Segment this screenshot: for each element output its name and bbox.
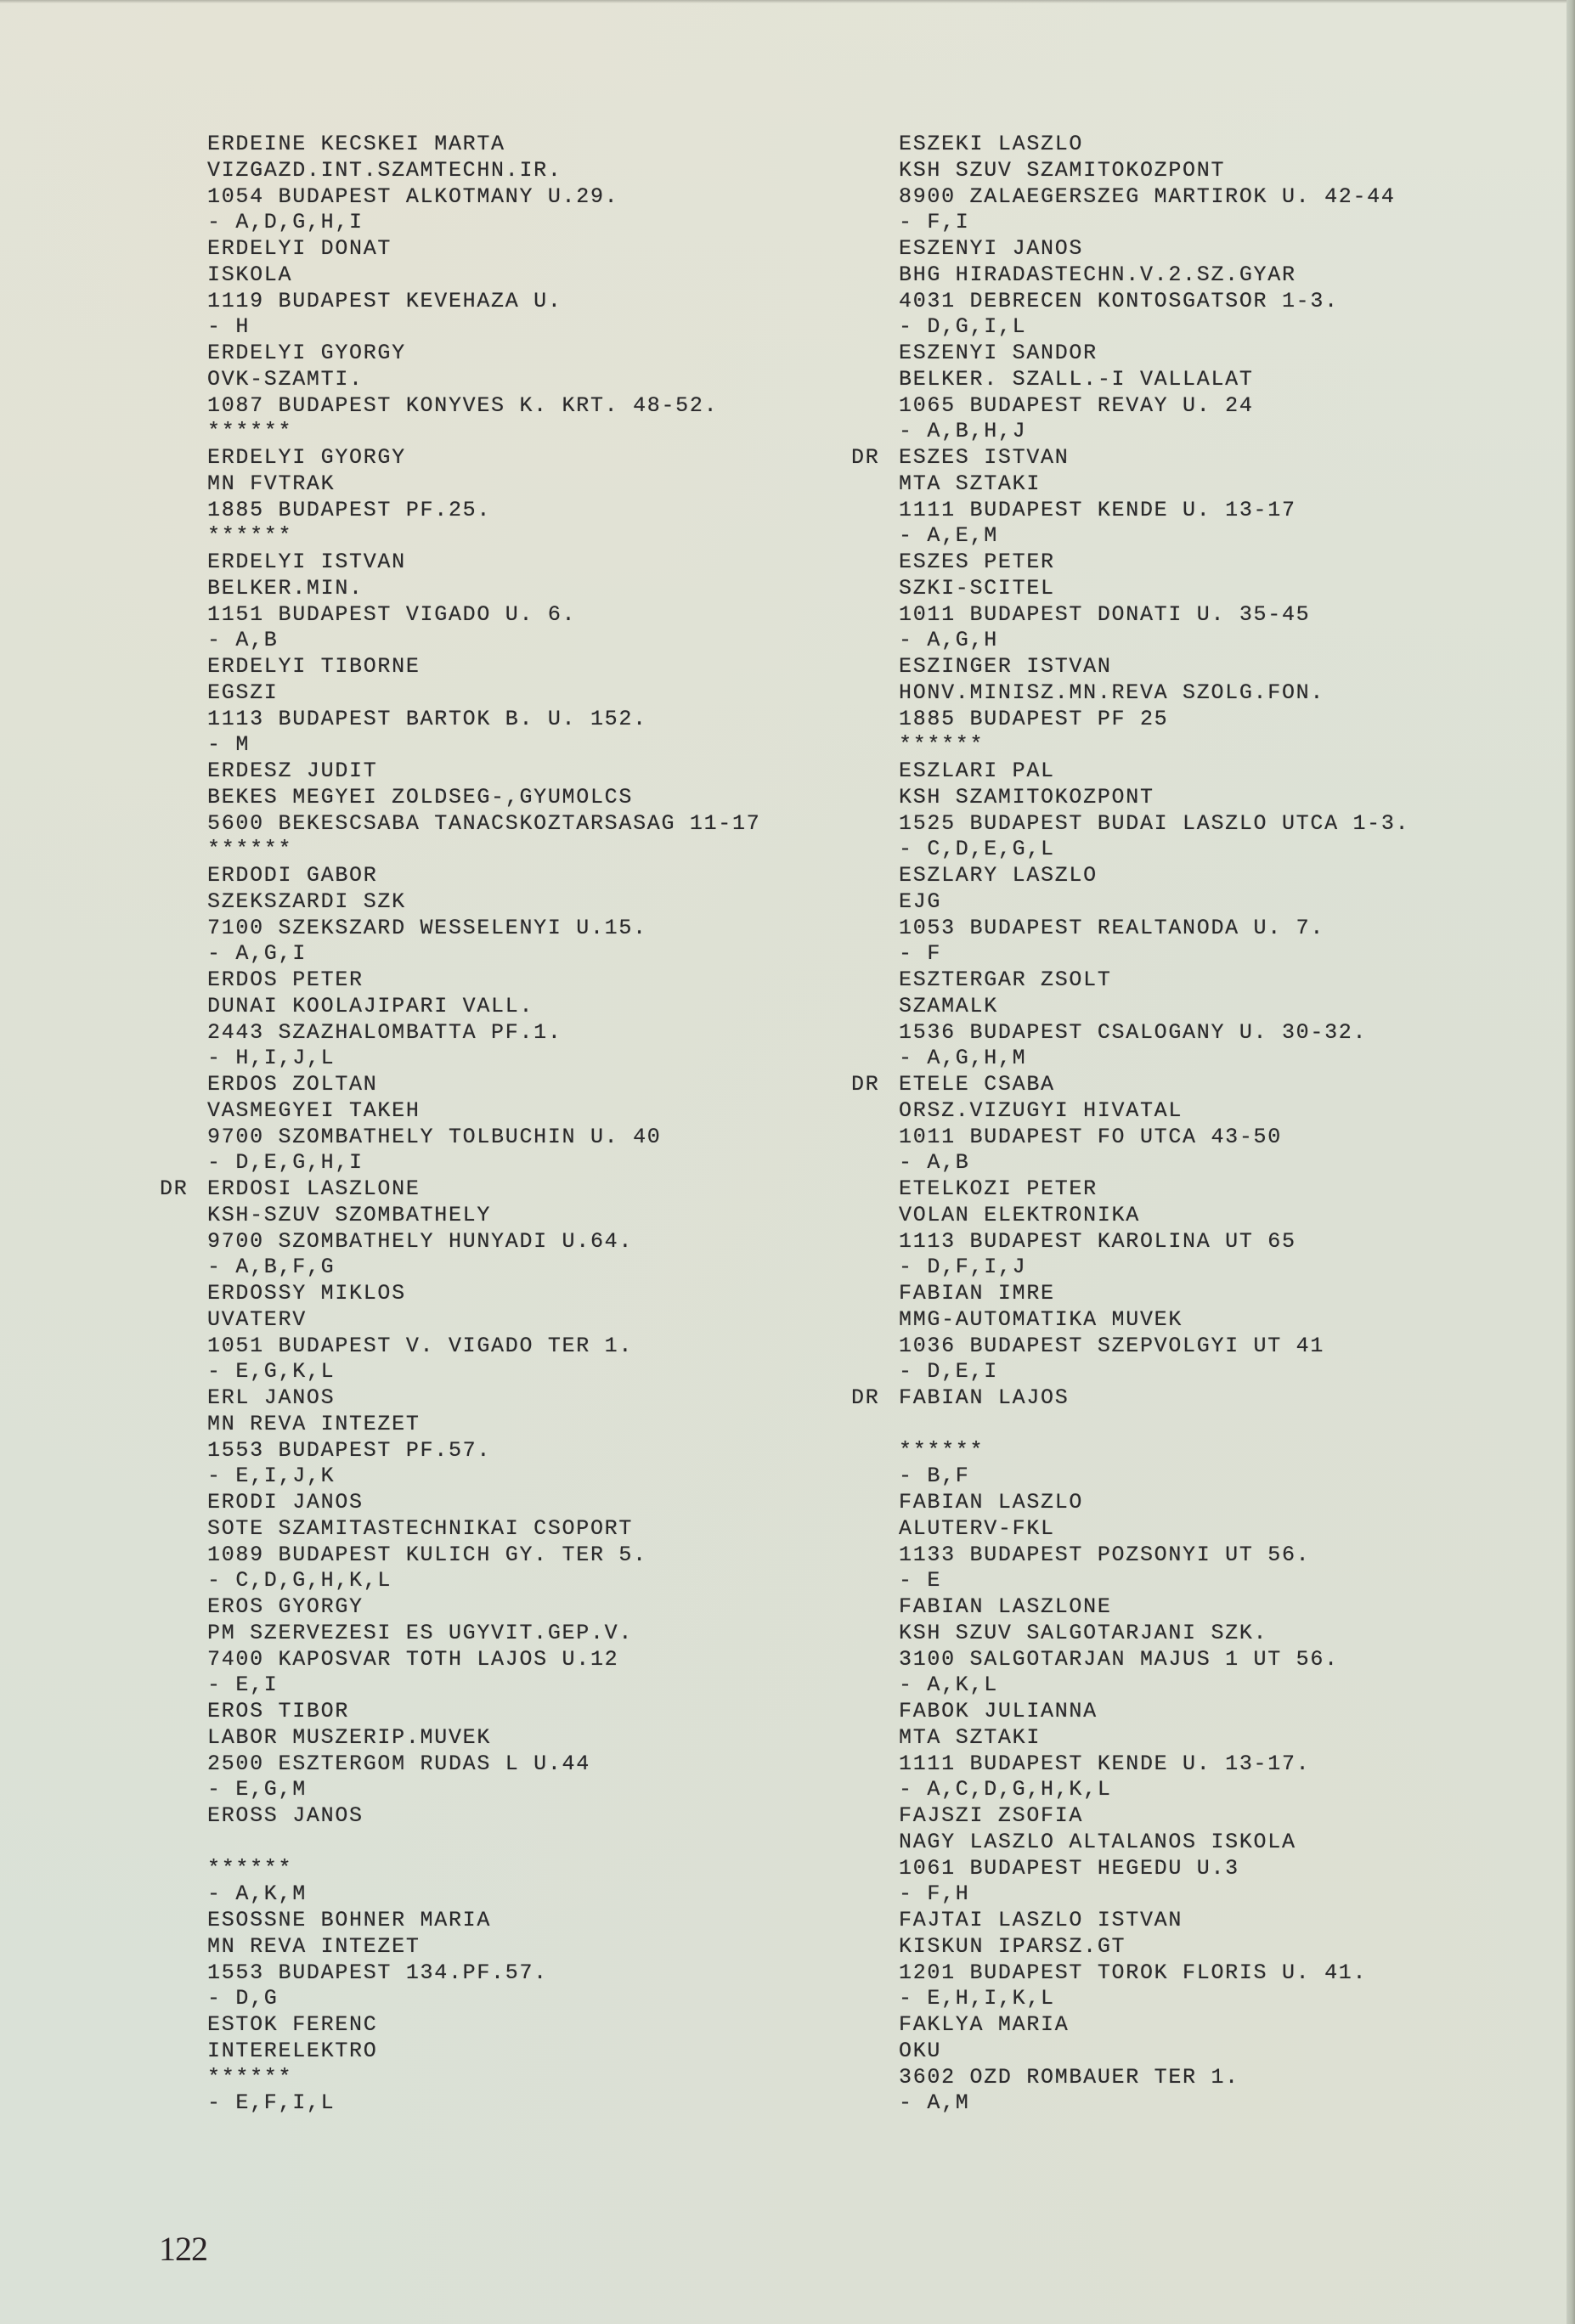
line-text: - A,D,G,H,I xyxy=(207,210,364,236)
blank-line xyxy=(160,1830,760,1856)
directory-line: 9700 SZOMBATHELY HUNYADI U.64. xyxy=(160,1229,760,1255)
directory-line: ERDOSSY MIKLOS xyxy=(160,1281,760,1307)
line-text: ERDOS ZOLTAN xyxy=(207,1072,377,1098)
line-text: 7100 SZEKSZARD WESSELENYI U.15. xyxy=(207,916,647,942)
line-text: FABOK JULIANNA xyxy=(899,1699,1098,1725)
directory-line: 1553 BUDAPEST PF.57. xyxy=(160,1438,760,1464)
line-text: 1054 BUDAPEST ALKOTMANY U.29. xyxy=(207,184,618,211)
title-prefix: DR xyxy=(160,1176,207,1203)
directory-line: 2443 SZAZHALOMBATTA PF.1. xyxy=(160,1020,760,1046)
category-codes-line: - D,G xyxy=(160,1986,760,2012)
directory-line: VOLAN ELEKTRONIKA xyxy=(851,1203,1409,1229)
line-text: - C,D,E,G,L xyxy=(899,837,1055,863)
line-text: 1119 BUDAPEST KEVEHAZA U. xyxy=(207,289,562,315)
line-text: - A,B xyxy=(207,628,279,654)
title-prefix: DR xyxy=(851,1385,899,1412)
category-codes-line: - F,I xyxy=(851,210,1409,236)
line-text: KSH SZAMITOKOZPONT xyxy=(899,785,1154,811)
directory-line: OVK-SZAMTI. xyxy=(160,367,760,393)
line-text: VASMEGYEI TAKEH xyxy=(207,1098,421,1125)
directory-line: EGSZI xyxy=(160,680,760,707)
scan-top-shadow xyxy=(0,0,1575,3)
line-text: - E,G,M xyxy=(207,1777,307,1803)
directory-line: FAKLYA MARIA xyxy=(851,2012,1409,2039)
line-text: UVATERV xyxy=(207,1307,307,1334)
line-text: ESZEKI LASZLO xyxy=(899,132,1083,158)
line-text: ****** xyxy=(899,732,984,759)
directory-line: ERDODI GABOR xyxy=(160,863,760,889)
directory-line: 1111 BUDAPEST KENDE U. 13-17. xyxy=(851,1751,1409,1778)
directory-line: EROS TIBOR xyxy=(160,1699,760,1725)
line-text: - D,G,I,L xyxy=(899,314,1026,341)
line-text: MN FVTRAK xyxy=(207,471,335,498)
line-text: ****** xyxy=(207,1856,292,1882)
line-text: 1036 BUDAPEST SZEPVOLGYI UT 41 xyxy=(899,1334,1324,1360)
line-text: 1011 BUDAPEST DONATI U. 35-45 xyxy=(899,602,1310,629)
line-text: ESOSSNE BOHNER MARIA xyxy=(207,1908,491,1934)
category-codes-line: - E xyxy=(851,1568,1409,1594)
directory-line: 1151 BUDAPEST VIGADO U. 6. xyxy=(160,602,760,629)
directory-line: 1061 BUDAPEST HEGEDU U.3 xyxy=(851,1856,1409,1882)
line-text: ESTOK FERENC xyxy=(207,2012,377,2039)
directory-line: 1089 BUDAPEST KULICH GY. TER 5. xyxy=(160,1543,760,1569)
line-text: 1133 BUDAPEST POZSONYI UT 56. xyxy=(899,1543,1310,1569)
line-text: 1151 BUDAPEST VIGADO U. 6. xyxy=(207,602,576,629)
directory-line: ERDEINE KECSKEI MARTA xyxy=(160,132,760,158)
directory-line: VIZGAZD.INT.SZAMTECHN.IR. xyxy=(160,158,760,184)
directory-line: KSH SZAMITOKOZPONT xyxy=(851,785,1409,811)
line-text: 9700 SZOMBATHELY HUNYADI U.64. xyxy=(207,1229,633,1255)
separator-line: ****** xyxy=(160,419,760,445)
directory-line: 1054 BUDAPEST ALKOTMANY U.29. xyxy=(160,184,760,211)
directory-line: SZKI-SCITEL xyxy=(851,576,1409,602)
directory-line: 1087 BUDAPEST KONYVES K. KRT. 48-52. xyxy=(160,393,760,420)
directory-line: 2500 ESZTERGOM RUDAS L U.44 xyxy=(160,1751,760,1778)
line-text: SZEKSZARDI SZK xyxy=(207,889,406,916)
line-text: 8900 ZALAEGERSZEG MARTIROK U. 42-44 xyxy=(899,184,1396,211)
category-codes-line: - E,I,J,K xyxy=(160,1464,760,1490)
directory-line: 3602 OZD ROMBAUER TER 1. xyxy=(851,2065,1409,2091)
line-text: ****** xyxy=(207,2065,292,2091)
line-text: ERDODI GABOR xyxy=(207,863,377,889)
line-text: EJG xyxy=(899,889,941,916)
line-text: KSH SZUV SZAMITOKOZPONT xyxy=(899,158,1225,184)
line-text: 1087 BUDAPEST KONYVES K. KRT. 48-52. xyxy=(207,393,718,420)
category-codes-line: - A,C,D,G,H,K,L xyxy=(851,1777,1409,1803)
line-text: 2500 ESZTERGOM RUDAS L U.44 xyxy=(207,1751,590,1778)
line-text: ERDELYI GYORGY xyxy=(207,341,406,367)
line-text: ESZENYI JANOS xyxy=(899,236,1083,262)
line-text: FABIAN LAJOS xyxy=(899,1385,1069,1412)
directory-line: ESZENYI SANDOR xyxy=(851,341,1409,367)
directory-line: MMG-AUTOMATIKA MUVEK xyxy=(851,1307,1409,1334)
directory-line: DRFABIAN LAJOS xyxy=(851,1385,1409,1412)
directory-line: KISKUN IPARSZ.GT xyxy=(851,1934,1409,1960)
line-text: - A,G,I xyxy=(207,941,307,967)
directory-line: FABOK JULIANNA xyxy=(851,1699,1409,1725)
line-text: ERDOSSY MIKLOS xyxy=(207,1281,406,1307)
title-prefix: DR xyxy=(851,1072,899,1098)
directory-line: DRERDOSI LASZLONE xyxy=(160,1176,760,1203)
line-text: 1885 BUDAPEST PF 25 xyxy=(899,707,1168,733)
line-text: ALUTERV-FKL xyxy=(899,1516,1055,1543)
directory-line: FABIAN IMRE xyxy=(851,1281,1409,1307)
line-text: 1201 BUDAPEST TOROK FLORIS U. 41. xyxy=(899,1960,1367,1987)
directory-line: 1036 BUDAPEST SZEPVOLGYI UT 41 xyxy=(851,1334,1409,1360)
line-text: 2443 SZAZHALOMBATTA PF.1. xyxy=(207,1020,562,1046)
directory-line: BEKES MEGYEI ZOLDSEG-,GYUMOLCS xyxy=(160,785,760,811)
line-text: - D,G xyxy=(207,1986,279,2012)
directory-line: 1885 BUDAPEST PF.25. xyxy=(160,498,760,524)
line-text: - C,D,G,H,K,L xyxy=(207,1568,392,1594)
directory-line: 3100 SALGOTARJAN MAJUS 1 UT 56. xyxy=(851,1647,1409,1673)
category-codes-line: - E,H,I,K,L xyxy=(851,1986,1409,2012)
directory-line: SZAMALK xyxy=(851,994,1409,1020)
line-text: ERDOSI LASZLONE xyxy=(207,1176,421,1203)
directory-line: ESTOK FERENC xyxy=(160,2012,760,2039)
line-text: - F,H xyxy=(899,1881,970,1908)
line-text: - E,G,K,L xyxy=(207,1359,335,1385)
line-text: - A,K,L xyxy=(899,1672,998,1699)
category-codes-line: - D,E,G,H,I xyxy=(160,1150,760,1176)
directory-line: 1553 BUDAPEST 134.PF.57. xyxy=(160,1960,760,1987)
category-codes-line: - A,B xyxy=(160,628,760,654)
directory-line: FABIAN LASZLO xyxy=(851,1490,1409,1516)
category-codes-line: - A,G,H xyxy=(851,628,1409,654)
separator-line: ****** xyxy=(160,1856,760,1882)
directory-line: ALUTERV-FKL xyxy=(851,1516,1409,1543)
separator-line: ****** xyxy=(160,2065,760,2091)
page-number: 122 xyxy=(159,2229,207,2269)
line-text: ETELE CSABA xyxy=(899,1072,1055,1098)
line-text: - E,H,I,K,L xyxy=(899,1986,1055,2012)
directory-line: UVATERV xyxy=(160,1307,760,1334)
category-codes-line: - C,D,G,H,K,L xyxy=(160,1568,760,1594)
line-text: FAJSZI ZSOFIA xyxy=(899,1803,1083,1830)
line-text: ESZINGER ISTVAN xyxy=(899,654,1112,680)
line-text: 3100 SALGOTARJAN MAJUS 1 UT 56. xyxy=(899,1647,1339,1673)
directory-line: 1051 BUDAPEST V. VIGADO TER 1. xyxy=(160,1334,760,1360)
category-codes-line: - D,G,I,L xyxy=(851,314,1409,341)
line-text: MTA SZTAKI xyxy=(899,471,1041,498)
directory-line: OKU xyxy=(851,2039,1409,2065)
directory-line: 7400 KAPOSVAR TOTH LAJOS U.12 xyxy=(160,1647,760,1673)
category-codes-line: - A,G,H,M xyxy=(851,1046,1409,1072)
directory-line: 1133 BUDAPEST POZSONYI UT 56. xyxy=(851,1543,1409,1569)
line-text: 1089 BUDAPEST KULICH GY. TER 5. xyxy=(207,1543,647,1569)
line-text: - A,B xyxy=(899,1150,970,1176)
category-codes-line: - A,B,F,G xyxy=(160,1255,760,1281)
line-text: - B,F xyxy=(899,1464,970,1490)
directory-line: DUNAI KOOLAJIPARI VALL. xyxy=(160,994,760,1020)
separator-line: ****** xyxy=(851,1438,1409,1464)
line-text: EROSS JANOS xyxy=(207,1803,364,1830)
category-codes-line: - C,D,E,G,L xyxy=(851,837,1409,863)
line-text: FAJTAI LASZLO ISTVAN xyxy=(899,1908,1183,1934)
directory-line: ERDOS PETER xyxy=(160,967,760,994)
category-codes-line: - A,M xyxy=(851,2090,1409,2117)
line-text: INTERELEKTRO xyxy=(207,2039,377,2065)
directory-line: ESZENYI JANOS xyxy=(851,236,1409,262)
blank-line xyxy=(851,1412,1409,1438)
category-codes-line: - A,E,M xyxy=(851,523,1409,550)
line-text: KSH SZUV SALGOTARJANI SZK. xyxy=(899,1621,1267,1647)
line-text: 1113 BUDAPEST KAROLINA UT 65 xyxy=(899,1229,1296,1255)
line-text: BHG HIRADASTECHN.V.2.SZ.GYAR xyxy=(899,262,1296,289)
directory-line: 7100 SZEKSZARD WESSELENYI U.15. xyxy=(160,916,760,942)
directory-line: EROS GYORGY xyxy=(160,1594,760,1621)
line-text: SZAMALK xyxy=(899,994,998,1020)
line-text: ERL JANOS xyxy=(207,1385,335,1412)
line-text: 1011 BUDAPEST FO UTCA 43-50 xyxy=(899,1125,1282,1151)
line-text: 7400 KAPOSVAR TOTH LAJOS U.12 xyxy=(207,1647,618,1673)
category-codes-line: - E,I xyxy=(160,1672,760,1699)
line-text: - A,G,H xyxy=(899,628,998,654)
line-text: ESZLARY LASZLO xyxy=(899,863,1098,889)
category-codes-line: - A,K,M xyxy=(160,1881,760,1908)
directory-line: 1011 BUDAPEST DONATI U. 35-45 xyxy=(851,602,1409,629)
separator-line: ****** xyxy=(851,732,1409,759)
line-text: MN REVA INTEZET xyxy=(207,1412,421,1438)
category-codes-line: - E,F,I,L xyxy=(160,2090,760,2117)
directory-line: VASMEGYEI TAKEH xyxy=(160,1098,760,1125)
directory-line: ERDESZ JUDIT xyxy=(160,759,760,785)
directory-line: MTA SZTAKI xyxy=(851,471,1409,498)
line-text: MMG-AUTOMATIKA MUVEK xyxy=(899,1307,1183,1334)
directory-line: 5600 BEKESCSABA TANACSKOZTARSASAG 11-17 xyxy=(160,811,760,838)
line-text: SOTE SZAMITASTECHNIKAI CSOPORT xyxy=(207,1516,633,1543)
line-text: - A,E,M xyxy=(899,523,998,550)
line-text: ERDELYI ISTVAN xyxy=(207,550,406,576)
line-text: ****** xyxy=(207,837,292,863)
line-text: ISKOLA xyxy=(207,262,292,289)
line-text: - D,E,G,H,I xyxy=(207,1150,364,1176)
line-text: MTA SZTAKI xyxy=(899,1725,1041,1751)
line-text: FABIAN LASZLONE xyxy=(899,1594,1112,1621)
line-text: ERDEINE KECSKEI MARTA xyxy=(207,132,505,158)
line-text: ERDELYI TIBORNE xyxy=(207,654,421,680)
directory-column-right: ESZEKI LASZLOKSH SZUV SZAMITOKOZPONT8900… xyxy=(851,132,1409,2117)
line-text: - E xyxy=(899,1568,941,1594)
directory-line: MN REVA INTEZET xyxy=(160,1934,760,1960)
directory-column-left: ERDEINE KECSKEI MARTAVIZGAZD.INT.SZAMTEC… xyxy=(160,132,760,2117)
line-text: 1553 BUDAPEST PF.57. xyxy=(207,1438,491,1464)
line-text: - A,G,H,M xyxy=(899,1046,1026,1072)
line-text: - A,B,H,J xyxy=(899,419,1026,445)
directory-line: KSH SZUV SALGOTARJANI SZK. xyxy=(851,1621,1409,1647)
line-text: - A,B,F,G xyxy=(207,1255,335,1281)
category-codes-line: - F xyxy=(851,941,1409,967)
directory-line: 1011 BUDAPEST FO UTCA 43-50 xyxy=(851,1125,1409,1151)
directory-line: ESZINGER ISTVAN xyxy=(851,654,1409,680)
line-text: - A,C,D,G,H,K,L xyxy=(899,1777,1112,1803)
directory-line: MN FVTRAK xyxy=(160,471,760,498)
line-text: HONV.MINISZ.MN.REVA SZOLG.FON. xyxy=(899,680,1324,707)
line-text: - E,I xyxy=(207,1672,279,1699)
separator-line: ****** xyxy=(160,523,760,550)
directory-line: FABIAN LASZLONE xyxy=(851,1594,1409,1621)
line-text: ORSZ.VIZUGYI HIVATAL xyxy=(899,1098,1183,1125)
line-text: 9700 SZOMBATHELY TOLBUCHIN U. 40 xyxy=(207,1125,661,1151)
line-text: 4031 DEBRECEN KONTOSGATSOR 1-3. xyxy=(899,289,1339,315)
directory-line: FAJSZI ZSOFIA xyxy=(851,1803,1409,1830)
category-codes-line: - B,F xyxy=(851,1464,1409,1490)
line-text: FABIAN IMRE xyxy=(899,1281,1055,1307)
line-text: ERDELYI DONAT xyxy=(207,236,392,262)
category-codes-line: - E,G,K,L xyxy=(160,1359,760,1385)
line-text: - F xyxy=(899,941,941,967)
directory-line: 1111 BUDAPEST KENDE U. 13-17 xyxy=(851,498,1409,524)
category-codes-line: - A,G,I xyxy=(160,941,760,967)
line-text: EROS TIBOR xyxy=(207,1699,349,1725)
directory-line: SOTE SZAMITASTECHNIKAI CSOPORT xyxy=(160,1516,760,1543)
directory-line: 1536 BUDAPEST CSALOGANY U. 30-32. xyxy=(851,1020,1409,1046)
directory-line: ESZLARY LASZLO xyxy=(851,863,1409,889)
line-text: - A,K,M xyxy=(207,1881,307,1908)
directory-line: 1113 BUDAPEST KAROLINA UT 65 xyxy=(851,1229,1409,1255)
line-text: ESZENYI SANDOR xyxy=(899,341,1098,367)
directory-line: ESOSSNE BOHNER MARIA xyxy=(160,1908,760,1934)
directory-line: 1525 BUDAPEST BUDAI LASZLO UTCA 1-3. xyxy=(851,811,1409,838)
line-text: - A,M xyxy=(899,2090,970,2117)
category-codes-line: - E,G,M xyxy=(160,1777,760,1803)
directory-line: LABOR MUSZERIP.MUVEK xyxy=(160,1725,760,1751)
directory-line: 1885 BUDAPEST PF 25 xyxy=(851,707,1409,733)
directory-line: KSH SZUV SZAMITOKOZPONT xyxy=(851,158,1409,184)
directory-line: FAJTAI LASZLO ISTVAN xyxy=(851,1908,1409,1934)
separator-line: ****** xyxy=(160,837,760,863)
line-text: VOLAN ELEKTRONIKA xyxy=(899,1203,1140,1229)
category-codes-line: - M xyxy=(160,732,760,759)
line-text: KSH-SZUV SZOMBATHELY xyxy=(207,1203,491,1229)
directory-line: 1065 BUDAPEST REVAY U. 24 xyxy=(851,393,1409,420)
directory-line: KSH-SZUV SZOMBATHELY xyxy=(160,1203,760,1229)
line-text: ERDESZ JUDIT xyxy=(207,759,377,785)
category-codes-line: - H xyxy=(160,314,760,341)
line-text: SZKI-SCITEL xyxy=(899,576,1055,602)
line-text: OVK-SZAMTI. xyxy=(207,367,364,393)
line-text: BELKER. SZALL.-I VALLALAT xyxy=(899,367,1254,393)
line-text: 1553 BUDAPEST 134.PF.57. xyxy=(207,1960,548,1987)
page-edge xyxy=(1567,0,1575,2324)
directory-line: 9700 SZOMBATHELY TOLBUCHIN U. 40 xyxy=(160,1125,760,1151)
directory-line: ORSZ.VIZUGYI HIVATAL xyxy=(851,1098,1409,1125)
line-text: VIZGAZD.INT.SZAMTECHN.IR. xyxy=(207,158,562,184)
directory-line: BELKER.MIN. xyxy=(160,576,760,602)
directory-line: ERDELYI ISTVAN xyxy=(160,550,760,576)
directory-line: 1113 BUDAPEST BARTOK B. U. 152. xyxy=(160,707,760,733)
line-text: 3602 OZD ROMBAUER TER 1. xyxy=(899,2065,1239,2091)
line-text: ****** xyxy=(207,523,292,550)
directory-line: 1201 BUDAPEST TOROK FLORIS U. 41. xyxy=(851,1960,1409,1987)
directory-line: ERODI JANOS xyxy=(160,1490,760,1516)
directory-line: EROSS JANOS xyxy=(160,1803,760,1830)
directory-line: 1119 BUDAPEST KEVEHAZA U. xyxy=(160,289,760,315)
line-text: DUNAI KOOLAJIPARI VALL. xyxy=(207,994,533,1020)
directory-line: ERDELYI DONAT xyxy=(160,236,760,262)
line-text: ESZES PETER xyxy=(899,550,1055,576)
directory-line: ERDELYI GYORGY xyxy=(160,341,760,367)
category-codes-line: - A,K,L xyxy=(851,1672,1409,1699)
directory-line: ESZLARI PAL xyxy=(851,759,1409,785)
directory-line: DRESZES ISTVAN xyxy=(851,445,1409,471)
line-text: BEKES MEGYEI ZOLDSEG-,GYUMOLCS xyxy=(207,785,633,811)
line-text: ****** xyxy=(207,419,292,445)
line-text: - E,I,J,K xyxy=(207,1464,335,1490)
category-codes-line: - F,H xyxy=(851,1881,1409,1908)
line-text: ESZES ISTVAN xyxy=(899,445,1069,471)
category-codes-line: - H,I,J,L xyxy=(160,1046,760,1072)
directory-line: ISKOLA xyxy=(160,262,760,289)
line-text: ERODI JANOS xyxy=(207,1490,364,1516)
line-text: 1113 BUDAPEST BARTOK B. U. 152. xyxy=(207,707,647,733)
category-codes-line: - D,F,I,J xyxy=(851,1255,1409,1281)
directory-line: BHG HIRADASTECHN.V.2.SZ.GYAR xyxy=(851,262,1409,289)
directory-line: ESZEKI LASZLO xyxy=(851,132,1409,158)
category-codes-line: - A,D,G,H,I xyxy=(160,210,760,236)
directory-line: BELKER. SZALL.-I VALLALAT xyxy=(851,367,1409,393)
line-text: ****** xyxy=(899,1438,984,1464)
directory-line: 4031 DEBRECEN KONTOSGATSOR 1-3. xyxy=(851,289,1409,315)
line-text: 1065 BUDAPEST REVAY U. 24 xyxy=(899,393,1254,420)
line-text: 1885 BUDAPEST PF.25. xyxy=(207,498,491,524)
line-text: OKU xyxy=(899,2039,941,2065)
directory-line: DRETELE CSABA xyxy=(851,1072,1409,1098)
category-codes-line: - A,B xyxy=(851,1150,1409,1176)
directory-line: 8900 ZALAEGERSZEG MARTIROK U. 42-44 xyxy=(851,184,1409,211)
line-text: LABOR MUSZERIP.MUVEK xyxy=(207,1725,491,1751)
directory-line: ERDELYI GYORGY xyxy=(160,445,760,471)
line-text: - F,I xyxy=(899,210,970,236)
directory-line: MN REVA INTEZET xyxy=(160,1412,760,1438)
directory-line: MTA SZTAKI xyxy=(851,1725,1409,1751)
line-text: 1111 BUDAPEST KENDE U. 13-17 xyxy=(899,498,1296,524)
directory-line: ESZES PETER xyxy=(851,550,1409,576)
line-text: 1061 BUDAPEST HEGEDU U.3 xyxy=(899,1856,1239,1882)
line-text: EROS GYORGY xyxy=(207,1594,364,1621)
line-text: ESZTERGAR ZSOLT xyxy=(899,967,1112,994)
directory-line: PM SZERVEZESI ES UGYVIT.GEP.V. xyxy=(160,1621,760,1647)
directory-line: ERDELYI TIBORNE xyxy=(160,654,760,680)
line-text: - E,F,I,L xyxy=(207,2090,335,2117)
line-text: - D,E,I xyxy=(899,1359,998,1385)
line-text: 1053 BUDAPEST REALTANODA U. 7. xyxy=(899,916,1324,942)
line-text: 5600 BEKESCSABA TANACSKOZTARSASAG 11-17 xyxy=(207,811,760,838)
directory-line: 1053 BUDAPEST REALTANODA U. 7. xyxy=(851,916,1409,942)
line-text: 1051 BUDAPEST V. VIGADO TER 1. xyxy=(207,1334,633,1360)
line-text: ERDOS PETER xyxy=(207,967,364,994)
line-text: - M xyxy=(207,732,250,759)
line-text: 1111 BUDAPEST KENDE U. 13-17. xyxy=(899,1751,1310,1778)
line-text: 1536 BUDAPEST CSALOGANY U. 30-32. xyxy=(899,1020,1367,1046)
line-text: - H xyxy=(207,314,250,341)
line-text: KISKUN IPARSZ.GT xyxy=(899,1934,1126,1960)
directory-line: EJG xyxy=(851,889,1409,916)
directory-line: HONV.MINISZ.MN.REVA SZOLG.FON. xyxy=(851,680,1409,707)
line-text: MN REVA INTEZET xyxy=(207,1934,421,1960)
line-text: - D,F,I,J xyxy=(899,1255,1026,1281)
line-text: - H,I,J,L xyxy=(207,1046,335,1072)
line-text: FAKLYA MARIA xyxy=(899,2012,1069,2039)
line-text: 1525 BUDAPEST BUDAI LASZLO UTCA 1-3. xyxy=(899,811,1409,838)
directory-line: SZEKSZARDI SZK xyxy=(160,889,760,916)
directory-line: ETELKOZI PETER xyxy=(851,1176,1409,1203)
line-text: EGSZI xyxy=(207,680,279,707)
directory-line: NAGY LASZLO ALTALANOS ISKOLA xyxy=(851,1830,1409,1856)
line-text: FABIAN LASZLO xyxy=(899,1490,1083,1516)
category-codes-line: - A,B,H,J xyxy=(851,419,1409,445)
line-text: NAGY LASZLO ALTALANOS ISKOLA xyxy=(899,1830,1296,1856)
